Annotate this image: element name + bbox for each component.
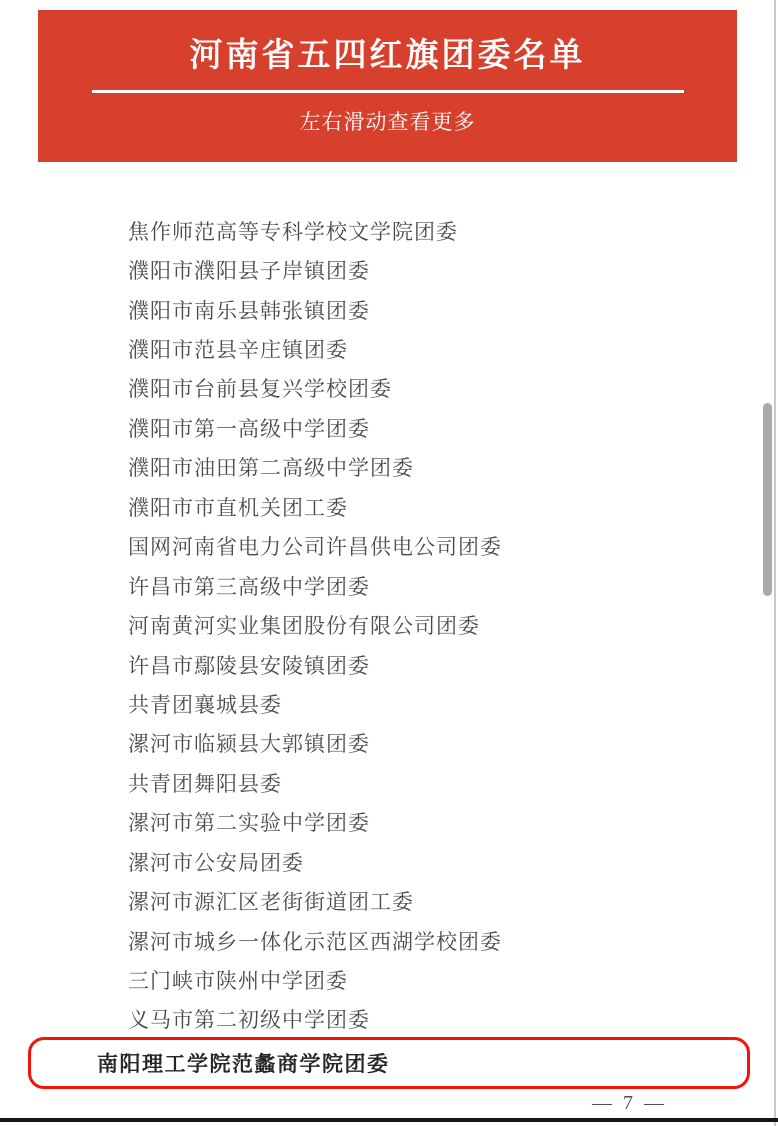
- list-item: 义马市第二初级中学团委: [128, 1000, 502, 1039]
- list-item: 濮阳市油田第二高级中学团委: [128, 448, 502, 487]
- committee-list: 焦作师范高等专科学校文学院团委 濮阳市濮阳县子岸镇团委 濮阳市南乐县韩张镇团委 …: [128, 211, 502, 1039]
- list-item: 国网河南省电力公司许昌供电公司团委: [128, 527, 502, 566]
- swipe-hint-text: 左右滑动查看更多: [300, 111, 476, 135]
- list-item: 濮阳市南乐县韩张镇团委: [128, 290, 502, 329]
- highlighted-list-item: 南阳理工学院范蠡商学院团委: [31, 1048, 390, 1078]
- list-item: 漯河市公安局团委: [128, 842, 502, 881]
- list-item: 共青团襄城县委: [128, 684, 502, 723]
- list-item: 河南黄河实业集团股份有限公司团委: [128, 605, 502, 644]
- header-banner: 河南省五四红旗团委名单 左右滑动查看更多: [38, 10, 737, 162]
- highlight-box: 南阳理工学院范蠡商学院团委: [28, 1037, 750, 1089]
- list-item: 许昌市鄢陵县安陵镇团委: [128, 645, 502, 684]
- page-number: — 7 —: [592, 1092, 667, 1115]
- bottom-edge-line: [0, 1118, 778, 1122]
- list-item: 濮阳市濮阳县子岸镇团委: [128, 250, 502, 289]
- list-item: 濮阳市台前县复兴学校团委: [128, 369, 502, 408]
- list-item: 三门峡市陕州中学团委: [128, 960, 502, 999]
- page-title: 河南省五四红旗团委名单: [190, 36, 586, 74]
- list-item: 漯河市源汇区老街街道团工委: [128, 881, 502, 920]
- list-item: 焦作师范高等专科学校文学院团委: [128, 211, 502, 250]
- list-item: 濮阳市市直机关团工委: [128, 487, 502, 526]
- right-edge-line: [774, 0, 776, 1126]
- scrollbar-thumb[interactable]: [763, 403, 772, 596]
- document-page: 河南省五四红旗团委名单 左右滑动查看更多 焦作师范高等专科学校文学院团委 濮阳市…: [0, 0, 778, 1126]
- list-item: 许昌市第三高级中学团委: [128, 566, 502, 605]
- list-item: 漯河市第二实验中学团委: [128, 803, 502, 842]
- title-divider: [92, 90, 684, 93]
- list-item: 濮阳市第一高级中学团委: [128, 408, 502, 447]
- list-item: 漯河市城乡一体化示范区西湖学校团委: [128, 921, 502, 960]
- list-item: 濮阳市范县辛庄镇团委: [128, 329, 502, 368]
- list-item: 漯河市临颍县大郭镇团委: [128, 724, 502, 763]
- list-item: 共青团舞阳县委: [128, 763, 502, 802]
